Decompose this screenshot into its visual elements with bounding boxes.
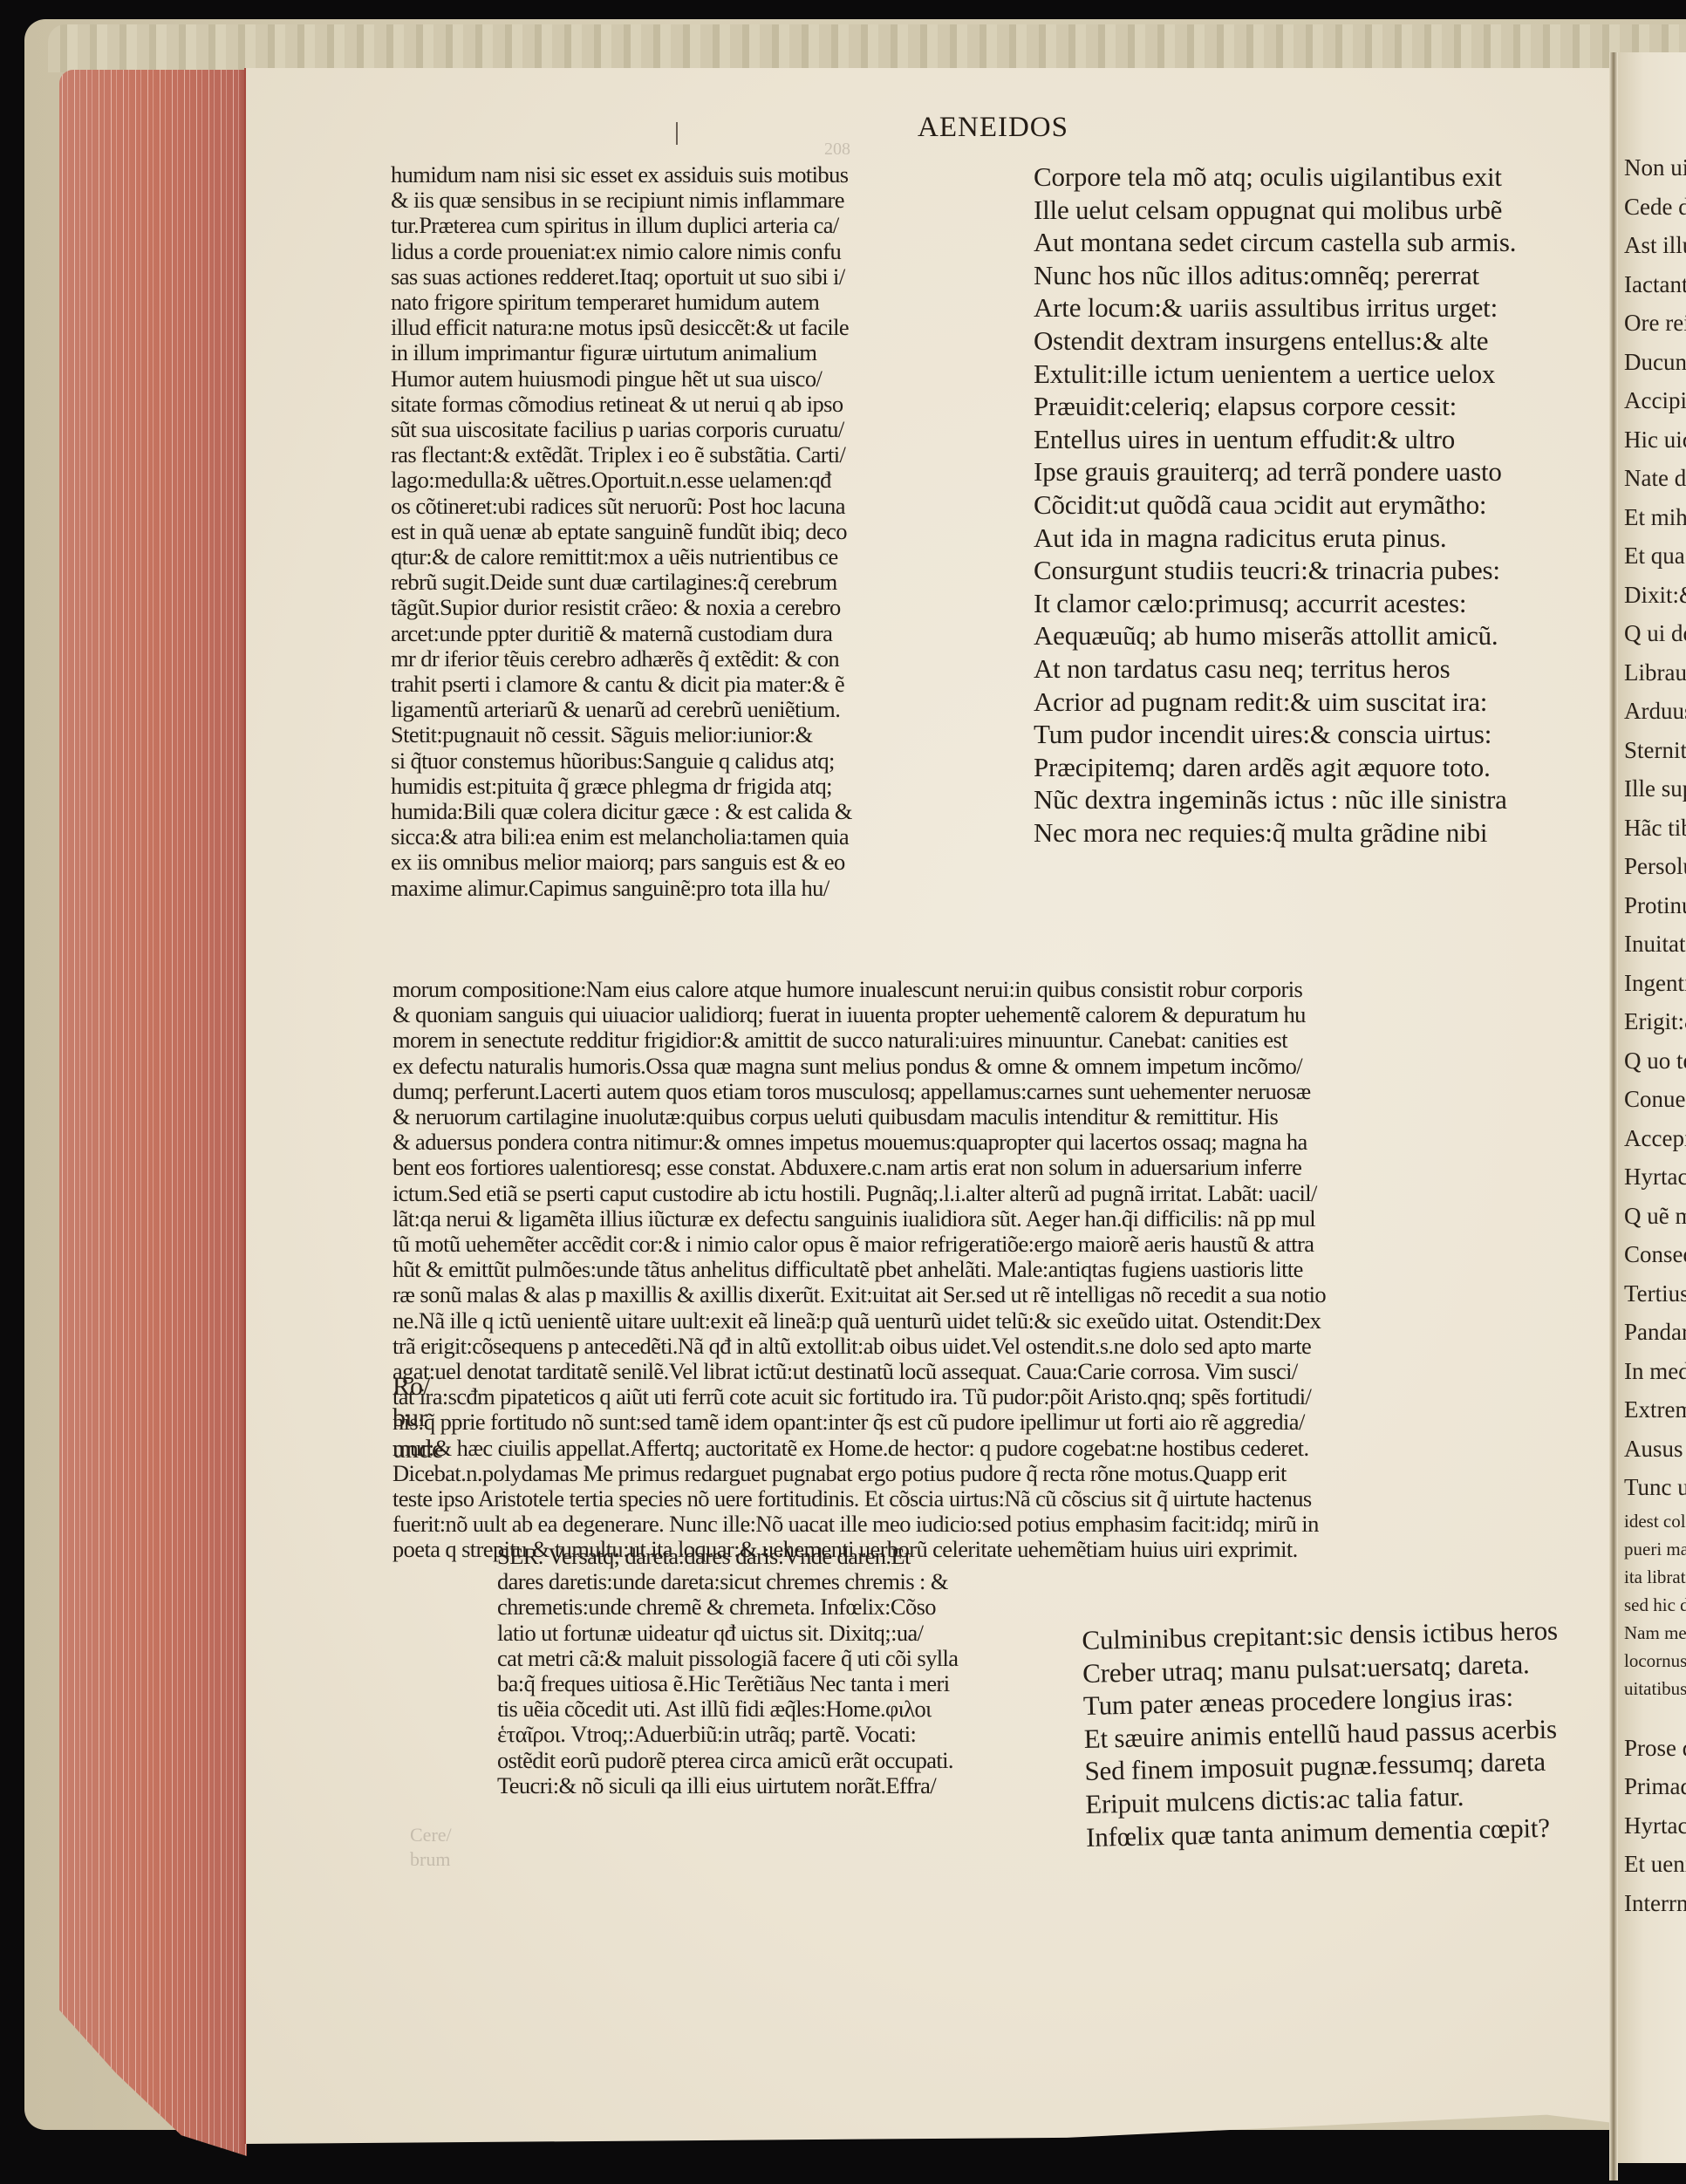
right-verse-line: Ille super <box>1624 769 1686 809</box>
commentary-line: nato frigore spiritum temperaret humidum… <box>391 290 852 315</box>
commentary-line: morem in senectute redditur frigidior:& … <box>392 1027 1326 1053</box>
commentary-line: est in quã uenæ ab eptate sanguinẽ fundũ… <box>391 519 852 544</box>
commentary-line: trahit pserti i clamore & cantu & dicit … <box>391 672 852 697</box>
right-commentary-line: ita librati p <box>1624 1563 1686 1591</box>
commentary-line: mur:& hæc ciuilis appellat.Affertq; auct… <box>392 1436 1326 1461</box>
commentary-line: ictum.Sed etiã se pserti caput custodire… <box>392 1181 1326 1206</box>
right-verse-line: Protinus <box>1624 886 1686 925</box>
commentary-line: humida:Bili quæ colera dicitur gæce : & … <box>391 799 852 824</box>
right-verse-line: In medio <box>1624 1352 1686 1391</box>
verse-line: Nec mora nec requies:q̃ multa grãdine ni… <box>1034 816 1516 850</box>
right-commentary-line: Nam meli <box>1624 1619 1686 1647</box>
right-verse-line: Consequ <box>1624 1235 1686 1274</box>
right-verse-line: Et uenit <box>1624 1845 1686 1884</box>
commentary-column-top: humidum nam nisi sic esset ex assiduis s… <box>391 162 852 901</box>
commentary-line: ne.Nã ille q ictũ uenientẽ uitare uult:e… <box>392 1308 1326 1334</box>
commentary-line: agat:uel denotat tarditatẽ senilẽ.Vel li… <box>392 1359 1326 1384</box>
right-verse-line: Pandare <box>1624 1313 1686 1352</box>
commentary-line: ex iis omnibus melior maiorq; pars sangu… <box>391 850 852 875</box>
commentary-line: tur.Præterea cum spiritus in illum dupli… <box>391 213 852 238</box>
commentary-line: ræ sonũ malas & alas p maxillis & axilli… <box>392 1282 1326 1307</box>
red-fore-edge <box>59 70 247 2156</box>
marginal-note-line: unde <box>392 1434 443 1465</box>
right-verse-line: Prose qu <box>1624 1729 1686 1768</box>
right-verse-line: Iactante <box>1624 265 1686 304</box>
right-verse-line: Q ui do <box>1624 614 1686 653</box>
right-verse-line: Ausus & <box>1624 1430 1686 1469</box>
commentary-line: ἑταῖροι. Vtroq;:Aduerbiũ:in utrãq; partẽ… <box>497 1722 958 1747</box>
commentary-line: arcet:unde ppter duritiẽ & maternã custo… <box>391 621 852 646</box>
commentary-line: ex defectu naturalis humoris.Ossa quæ ma… <box>392 1054 1326 1079</box>
verse-line: Arte locum:& uariis assultibus irritus u… <box>1034 291 1516 324</box>
commentary-line: ba:q̃ freques uitiosa ẽ.Hic Terẽtiãus Ne… <box>497 1671 958 1696</box>
commentary-line: Stetit:pugnauit nõ cessit. Sãguis melior… <box>391 722 852 747</box>
commentary-line: illud efficit natura:ne motus ipsũ desic… <box>391 315 852 340</box>
right-verse-line: Hãc tibi <box>1624 809 1686 848</box>
commentary-line: tãgũt.Supior durior resistit crãeo: & no… <box>391 595 852 620</box>
verse-column-bottom: Culminibus crepitant:sic densis ictibus … <box>1082 1614 1562 1854</box>
commentary-line: morum compositione:Nam eius calore atque… <box>392 977 1326 1002</box>
commentary-line: hũt & emittũt pulmões:unde tãtus anhelit… <box>392 1257 1326 1282</box>
commentary-line: ras flectant:& extẽdãt. Triplex i eo ẽ s… <box>391 442 852 468</box>
show-through-line: Cere/ <box>410 1823 452 1847</box>
commentary-line: tũ motũ uehemẽter accẽdit cor:& i nimio … <box>392 1232 1326 1257</box>
commentary-line: qtur:& de calore remittit:mox a uẽis nut… <box>391 544 852 570</box>
commentary-line: lãt:qa nerui & ligamẽta illius iũcturæ e… <box>392 1206 1326 1232</box>
right-verse-line: Extremu <box>1624 1390 1686 1430</box>
commentary-line: sas suas actiones redderet.Itaq; oportui… <box>391 264 852 290</box>
commentary-line: sũt sua uiscositate facilius p uarias co… <box>391 417 852 442</box>
right-verse-line: Accepit g <box>1624 1119 1686 1158</box>
verse-line: Ostendit dextram insurgens entellus:& al… <box>1034 324 1516 358</box>
verse-line: Nunc hos nũc illos aditus:omnẽq; pererra… <box>1034 259 1516 292</box>
right-verse-line: Ast illu <box>1624 226 1686 265</box>
commentary-line: Dicebat.n.polydamas Me primus redarguet … <box>392 1461 1326 1486</box>
right-verse-line: Ore reie <box>1624 304 1686 343</box>
verse-line: At non tardatus casu neq; territus heros <box>1034 652 1516 686</box>
commentary-line: trã erigit:cõsequens p antecedẽti.Nã qđ … <box>392 1334 1326 1359</box>
verse-line: Tum pudor incendit uires:& conscia uirtu… <box>1034 718 1516 751</box>
commentary-line: fuerit:nõ uult ab ea degenerare. Nunc il… <box>392 1512 1326 1537</box>
commentary-line: tat ira:scđm pipateticos q aiũt uti ferr… <box>392 1384 1326 1409</box>
ink-mark <box>676 122 678 145</box>
verse-line: Ille uelut celsam oppugnat qui molibus u… <box>1034 194 1516 227</box>
commentary-line: sicca:& atra bili:ea enim est melancholi… <box>391 824 852 850</box>
right-verse-line: Nate de <box>1624 459 1686 498</box>
right-verse-line: Ducunt <box>1624 343 1686 382</box>
book-gutter <box>1609 52 1618 2181</box>
verse-line: Nũc dextra ingeminãs ictus : nũc ille si… <box>1034 783 1516 816</box>
commentary-line: lago:medulla:& uẽtres.Oportuit.n.esse ue… <box>391 468 852 493</box>
commentary-line: maxime alimur.Capimus sanguinẽ:pro tota … <box>391 876 852 901</box>
right-commentary-line: locornus i <box>1624 1647 1686 1675</box>
verse-line: Ipse grauis grauiterq; ad terrã pondere … <box>1034 455 1516 488</box>
commentary-line: humidum nam nisi sic esset ex assiduis s… <box>391 162 852 188</box>
verse-line: Aequæuũq; ab humo miserãs attollit amicũ… <box>1034 619 1516 652</box>
right-commentary-line: pueri man <box>1624 1535 1686 1563</box>
right-verse-line: Interrnu <box>1624 1884 1686 1923</box>
commentary-line: mr dr iferior tẽuis cerebro adhærẽs q̃ e… <box>391 646 852 672</box>
verse-line: Corpore tela mõ atq; oculis uigilantibus… <box>1034 160 1516 194</box>
commentary-line: & aduersus pondera contra nitimur:& omne… <box>392 1130 1326 1155</box>
right-verse-line: Q uẽ mo <box>1624 1197 1686 1236</box>
commentary-column-bottom: SER. Versatq; dareta:dares daris:Vnde da… <box>497 1544 958 1798</box>
commentary-line: latio ut fortunæ uideatur qđ uictus sit.… <box>497 1621 958 1646</box>
right-verse-line: Persolue <box>1624 847 1686 886</box>
commentary-line: SER. Versatq; dareta:dares daris:Vnde da… <box>497 1544 958 1569</box>
right-verse-line: Hyrtacic <box>1624 1157 1686 1197</box>
right-page-text-fragment: Non uiCede deAst illuIactanteOre reieDuc… <box>1624 148 1686 1922</box>
running-head: AENEIDOS <box>918 112 1068 144</box>
commentary-line: cat metri cã:& maluit pissologiã facere … <box>497 1646 958 1671</box>
right-verse-line: Ingentio <box>1624 964 1686 1003</box>
right-verse-line: Dixit:& <box>1624 576 1686 615</box>
verse-line: Præuidit:celeriq; elapsus corpore cessit… <box>1034 390 1516 423</box>
right-commentary-line: uitatibus p <box>1624 1675 1686 1703</box>
commentary-line: rebrũ sugit.Deide sunt duæ cartilagines:… <box>391 570 852 595</box>
right-verse-line: Q uo te <box>1624 1041 1686 1081</box>
verse-line: Acrior ad pugnam redit:& uim suscitat ir… <box>1034 686 1516 719</box>
commentary-line: chremetis:unde chremẽ & chremeta. Infœli… <box>497 1594 958 1620</box>
commentary-line: dares daretis:unde dareta:sicut chremes … <box>497 1569 958 1594</box>
commentary-line: teste ipso Aristotele tertia species nõ … <box>392 1486 1326 1512</box>
right-verse-line: Hyrtacio <box>1624 1806 1686 1846</box>
verse-column-top: Corpore tela mõ atq; oculis uigilantibus… <box>1034 160 1516 849</box>
spacer <box>1624 1703 1686 1729</box>
right-verse-line: Tertius e <box>1624 1274 1686 1314</box>
right-commentary-line: sed hic de i <box>1624 1591 1686 1619</box>
commentary-line: Teucri:& nõ siculi qa illi eius uirtutem… <box>497 1773 958 1798</box>
right-verse-line: Inuitat c <box>1624 925 1686 964</box>
commentary-line: & iis quæ sensibus in se recipiunt nimis… <box>391 188 852 213</box>
commentary-line: os cõtineret:ubi radices sũt neruorũ: Po… <box>391 494 852 519</box>
right-verse-line: Cede de <box>1624 188 1686 227</box>
marginal-note: Ro/burunde <box>392 1371 443 1465</box>
commentary-line: ligamentũ arteriarũ & uenarũ ad cerebrũ … <box>391 697 852 722</box>
commentary-line: tis uẽia cõcedit uti. Ast illũ fidi æq̃l… <box>497 1696 958 1722</box>
verse-line: Entellus uires in uentum effudit:& ultro <box>1034 423 1516 456</box>
book-headcap <box>48 24 1686 72</box>
right-verse-line: Erigit:& <box>1624 1002 1686 1041</box>
commentary-line: lidus a corde proueniat:ex nimio calore … <box>391 239 852 264</box>
verse-line: Consurgunt studiis teucri:& trinacria pu… <box>1034 554 1516 587</box>
right-commentary-line: idest collin <box>1624 1507 1686 1535</box>
show-through-page-number: 208 <box>824 140 850 160</box>
right-verse-line: Sternit: <box>1624 731 1686 770</box>
commentary-line: bent eos fortiores ualentioresq; esse co… <box>392 1155 1326 1180</box>
right-verse-line: Accipiu <box>1624 381 1686 420</box>
commentary-line: & neruorum cartilagine inuolutæ:quibus c… <box>392 1104 1326 1130</box>
show-through-marginalia: Cere/brum <box>410 1823 452 1872</box>
commentary-line: ostẽdit eorũ pudorẽ pterea circa amicũ e… <box>497 1748 958 1773</box>
right-verse-line: Non ui <box>1624 148 1686 188</box>
verse-line: It clamor cælo:primusq; accurrit acestes… <box>1034 587 1516 620</box>
right-verse-line: Arduus: <box>1624 692 1686 731</box>
commentary-line: & quoniam sanguis qui uiuacior ualidiorq… <box>392 1002 1326 1027</box>
show-through-line: brum <box>410 1847 452 1872</box>
verse-line: Extulit:ille ictum uenientem a uertice u… <box>1034 358 1516 391</box>
commentary-full-width: morum compositione:Nam eius calore atque… <box>392 977 1326 1563</box>
commentary-line: sitate formas cõmodius retineat & ut ner… <box>391 392 852 417</box>
verse-line: Aut ida in magna radicitus eruta pinus. <box>1034 522 1516 555</box>
verse-line: Aut montana sedet circum castella sub ar… <box>1034 226 1516 259</box>
commentary-line: in illum imprimantur figuræ uirtutum ani… <box>391 340 852 365</box>
right-verse-line: Primaq; <box>1624 1767 1686 1806</box>
right-verse-line: Tunc ual <box>1624 1468 1686 1507</box>
commentary-line: humidis est:pituita q̃ græce phlegma dr … <box>391 774 852 799</box>
right-verse-line: Et qua se <box>1624 536 1686 576</box>
commentary-line: Humor autem huiusmodi pingue hẽt ut sua … <box>391 366 852 392</box>
commentary-line: nis:q̃ pprie fortitudo nõ sunt:sed tamẽ … <box>392 1409 1326 1435</box>
right-verse-line: Librauit <box>1624 653 1686 693</box>
commentary-line: dumq; perferunt.Lacerti autem quos etiam… <box>392 1079 1326 1104</box>
verse-line: Præcipitemq; daren ardẽs agit æquore tot… <box>1034 751 1516 784</box>
marginal-note-line: bur <box>392 1403 443 1434</box>
right-verse-line: Et mihi c <box>1624 498 1686 537</box>
marginal-note-line: Ro/ <box>392 1371 443 1403</box>
right-verse-line: Conuen <box>1624 1080 1686 1119</box>
verse-line: Cõcidit:ut quõdã caua ɔcidit aut erymãth… <box>1034 488 1516 522</box>
commentary-line: si q̃tuor constemus hũoribus:Sanguie q c… <box>391 748 852 774</box>
right-verse-line: Hic uict <box>1624 420 1686 460</box>
